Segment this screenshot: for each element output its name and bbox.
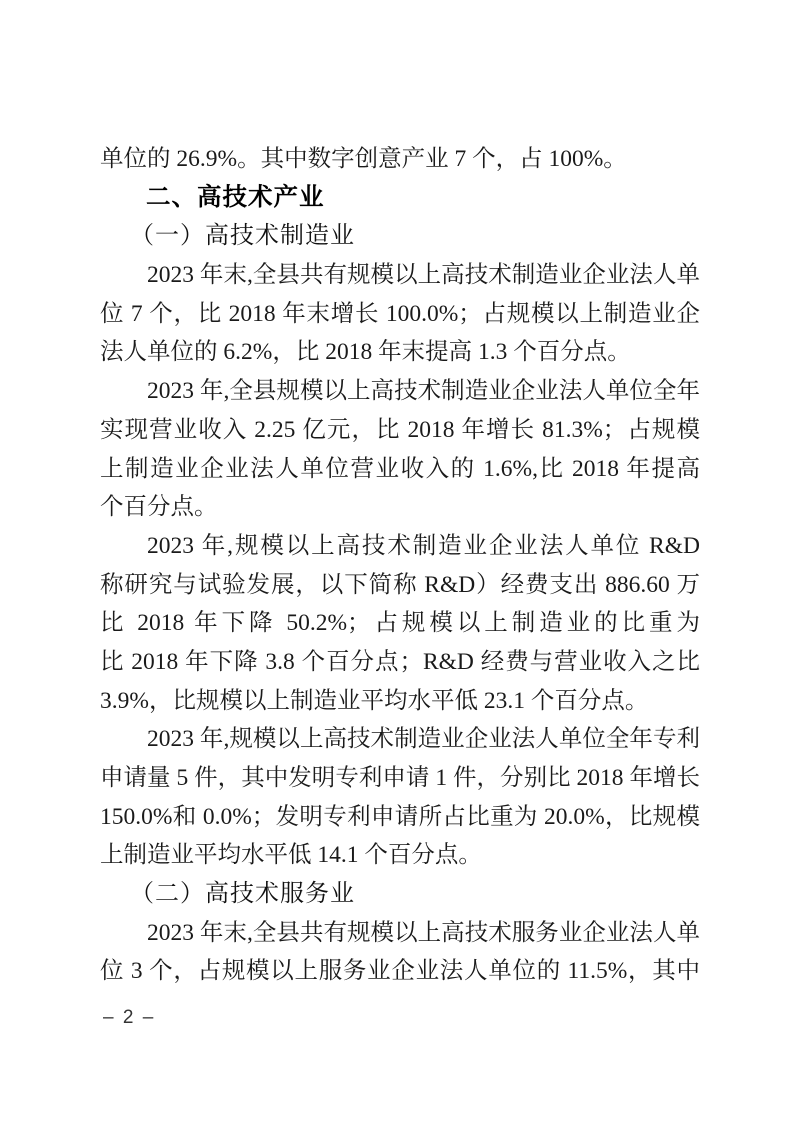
document-page: 单位的 26.9%。其中数字创意产业 7 个，占 100%。二、高技术产业（一）…	[0, 0, 793, 1122]
text-line: 申请量 5 件，其中发明专利申请 1 件，分别比 2018 年增长	[100, 759, 700, 798]
text-line: 上制造业平均水平低 14.1 个百分点。	[100, 836, 700, 875]
text-line: 2023 年,规模以上高技术制造业企业法人单位 R&D（全	[100, 527, 700, 566]
text-line: 2023 年,规模以上高技术制造业企业法人单位全年专利	[100, 720, 700, 759]
subsection-heading-2: （二）高技术服务业	[130, 875, 700, 914]
text-line: 位 7 个，比 2018 年末增长 100.0%；占规模以上制造业企业	[100, 295, 700, 334]
text-line: 实现营业收入 2.25 亿元，比 2018 年增长 81.3%；占规模以	[100, 411, 700, 450]
text-line: 2023 年末,全县共有规模以上高技术制造业企业法人单	[100, 256, 700, 295]
paragraph-continuation: 单位的 26.9%。其中数字创意产业 7 个，占 100%。	[100, 140, 700, 179]
text-line: 位 3 个，占规模以上服务业企业法人单位的 11.5%，其中信	[100, 952, 700, 991]
text-line: 2023 年末,全县共有规模以上高技术服务业企业法人单	[100, 914, 700, 953]
text-line: 150.0%和 0.0%；发明专利申请所占比重为 20.0%，比规模以	[100, 798, 700, 837]
paragraph-revenue: 2023 年,全县规模以上高技术制造业企业法人单位全年实现营业收入 2.25 亿…	[100, 372, 700, 527]
subsection-heading-1: （一）高技术制造业	[130, 217, 700, 256]
paragraph-service-units: 2023 年末,全县共有规模以上高技术服务业企业法人单位 3 个，占规模以上服务…	[100, 914, 700, 991]
text-line: 比 2018 年下降 50.2%；占规模以上制造业的比重为 2.3%，	[100, 604, 700, 643]
text-line: 上制造业企业法人单位营业收入的 1.6%,比 2018 年提高 0.7	[100, 450, 700, 489]
text-line: 3.9%，比规模以上制造业平均水平低 23.1 个百分点。	[100, 682, 700, 721]
page-number: – 2 –	[103, 1003, 155, 1033]
text-line: 称研究与试验发展，以下简称 R&D）经费支出 886.60 万元，	[100, 566, 700, 605]
document-body: 单位的 26.9%。其中数字创意产业 7 个，占 100%。二、高技术产业（一）…	[100, 140, 700, 991]
text-line: 比 2018 年下降 3.8 个百分点；R&D 经费与营业收入之比为	[100, 643, 700, 682]
text-line: 2023 年,全县规模以上高技术制造业企业法人单位全年	[100, 372, 700, 411]
text-line: 单位的 26.9%。其中数字创意产业 7 个，占 100%。	[100, 140, 700, 179]
text-line: 个百分点。	[100, 488, 700, 527]
text-line: 法人单位的 6.2%，比 2018 年末提高 1.3 个百分点。	[100, 333, 700, 372]
paragraph-patents: 2023 年,规模以上高技术制造业企业法人单位全年专利申请量 5 件，其中发明专…	[100, 720, 700, 875]
paragraph-manufacturing-units: 2023 年末,全县共有规模以上高技术制造业企业法人单位 7 个，比 2018 …	[100, 256, 700, 372]
paragraph-rd-expenditure: 2023 年,规模以上高技术制造业企业法人单位 R&D（全称研究与试验发展，以下…	[100, 527, 700, 720]
section-heading: 二、高技术产业	[146, 179, 700, 218]
